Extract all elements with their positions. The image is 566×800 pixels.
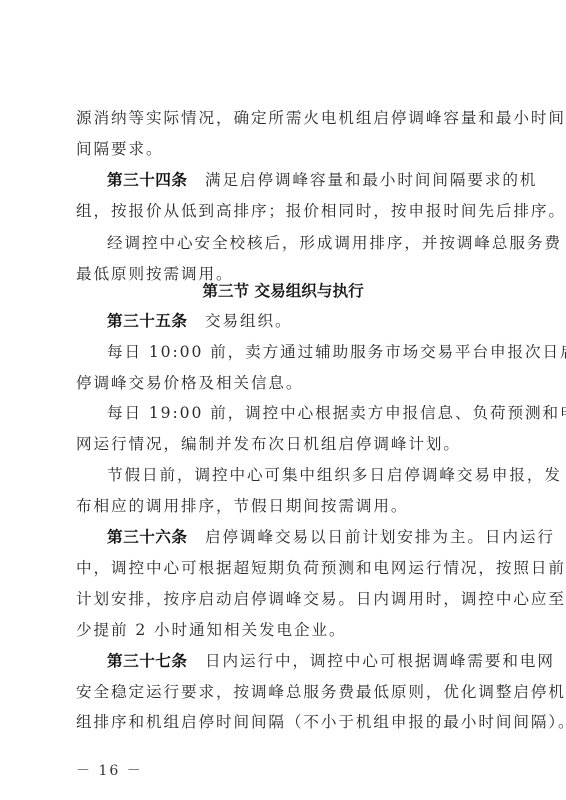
- paragraph-line: 节假日前，调控中心可集中组织多日启停调峰交易申报，发: [107, 465, 496, 485]
- paragraph-line: 停调峰交易价格及相关信息。: [76, 373, 496, 393]
- article-number: 第三十六条: [107, 528, 187, 546]
- article-text: 交易组织。: [187, 312, 292, 330]
- article-text: 启停调峰交易以日前计划安排为主。日内运行: [187, 528, 554, 546]
- paragraph-line: 间隔要求。: [76, 139, 496, 159]
- paragraph-line: 少提前 2 小时通知相关发电企业。: [76, 620, 496, 640]
- article-number: 第三十四条: [107, 171, 187, 189]
- article-number: 第三十五条: [107, 312, 187, 330]
- article-number: 第三十七条: [107, 652, 187, 670]
- page-number: － 16 －: [76, 760, 143, 780]
- paragraph-line: 组，按报价从低到高排序；报价相同时，按申报时间先后排序。: [76, 201, 496, 221]
- paragraph-line: 布相应的调用排序，节假日期间按需调用。: [76, 496, 496, 516]
- paragraph-line: 中，调控中心可根据超短期负荷预测和电网运行情况，按照日前: [76, 558, 496, 578]
- article-34-line: 第三十四条 满足启停调峰容量和最小时间间隔要求的机: [107, 170, 496, 190]
- paragraph-line: 组排序和机组启停时间间隔（不小于机组申报的最小时间间隔）。: [76, 712, 496, 732]
- paragraph-line: 每日 10:00 前，卖方通过辅助服务市场交易平台申报次日启: [107, 342, 496, 362]
- paragraph-line: 经调控中心安全校核后，形成调用排序，并按调峰总服务费: [107, 233, 496, 253]
- article-text: 满足启停调峰容量和最小时间间隔要求的机: [187, 171, 537, 189]
- paragraph-line: 安全稳定运行要求，按调峰总服务费最低原则，优化调整启停机: [76, 682, 496, 702]
- article-text: 日内运行中，调控中心可根据调峰需要和电网: [187, 652, 554, 670]
- paragraph-line: 每日 19:00 前，调控中心根据卖方申报信息、负荷预测和电: [107, 403, 496, 423]
- paragraph-line: 计划安排，按序启动启停调峰交易。日内调用时，调控中心应至: [76, 589, 496, 609]
- paragraph-line: 网运行情况，编制并发布次日机组启停调峰计划。: [76, 434, 496, 454]
- article-37-line: 第三十七条 日内运行中，调控中心可根据调峰需要和电网: [107, 651, 496, 671]
- section-heading: 第三节 交易组织与执行: [0, 281, 566, 301]
- article-35-line: 第三十五条 交易组织。: [107, 311, 496, 331]
- article-36-line: 第三十六条 启停调峰交易以日前计划安排为主。日内运行: [107, 527, 496, 547]
- paragraph-line: 源消纳等实际情况，确定所需火电机组启停调峰容量和最小时间: [76, 108, 496, 128]
